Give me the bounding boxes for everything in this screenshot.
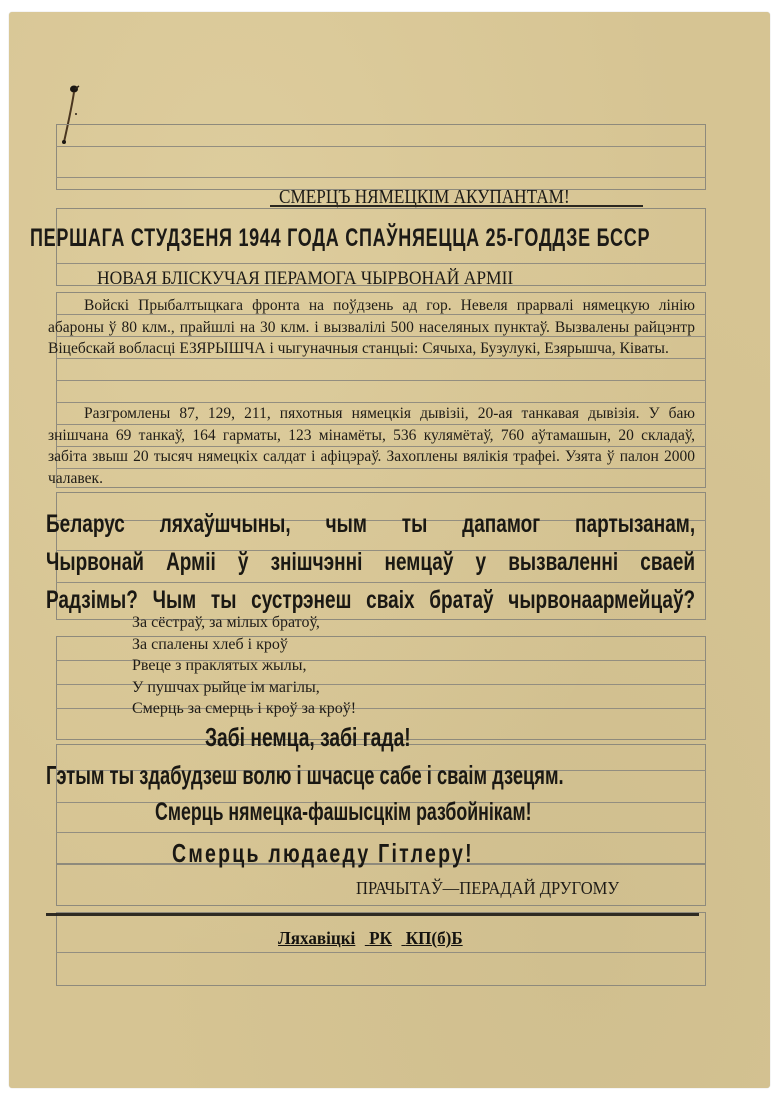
slogan-death-to-fascists: Смерць нямецка-фашысцкім разбойнікам! (155, 798, 532, 827)
appeal-block: Беларус ляхаўшчыны, чым ты дапамог парты… (46, 505, 698, 619)
thick-divider (46, 913, 699, 916)
slogan-freedom: Гэтым ты здабудзеш волю і шчасце сабе і … (46, 760, 564, 791)
subheadline: НОВАЯ БЛІСКУЧАЯ ПЕРАМОГА ЧЫРВОНАЙ АРМІІ (97, 268, 513, 290)
top-slogan-underline (270, 205, 643, 207)
ruled-line (56, 146, 706, 147)
signature-district: Ляхавіцкі (278, 928, 355, 948)
poem-line: За спалены хлеб і кроў (132, 634, 356, 656)
ruled-box (56, 912, 706, 986)
pass-on-note: ПРАЧЫТАЎ—ПЕРАДАЙ ДРУГОМУ (356, 878, 619, 899)
signature-party: КП(б)Б (406, 928, 463, 948)
ruled-line (56, 263, 706, 264)
ruled-line (56, 177, 706, 178)
ruled-box (56, 124, 706, 190)
poem-line: Рвеце з праклятых жылы, (132, 655, 356, 677)
ruled-line (56, 380, 706, 381)
body-paragraph-losses: Разгромлены 87, 129, 211, пяхотныя нямец… (48, 403, 695, 489)
appeal-line: Чырвонай Арміі ў знішчэнні немцаў у вызв… (46, 543, 695, 581)
poem-line: За сёстраў, за мілых братоў, (132, 612, 356, 634)
poem-line: У пушчах рыйце ім магілы, (132, 677, 356, 699)
ruled-line (56, 832, 706, 833)
signature: Ляхавіцкі РК КП(б)Б (278, 928, 472, 949)
slogan-kill-the-enemy: Забі немца, забі гада! (205, 722, 411, 753)
appeal-line: Беларус ляхаўшчыны, чым ты дапамог парты… (46, 505, 695, 543)
ruled-line (56, 952, 706, 953)
headline: ПЕРШАГА СТУДЗЕНЯ 1944 ГОДА СПАЎНЯЕЦЦА 25… (30, 224, 650, 253)
signature-rk: РК (369, 928, 392, 948)
poem-block: За сёстраў, за мілых братоў, За спалены … (132, 612, 356, 720)
slogan-death-to-hitler: Смерць людаеду Гітлеру! (172, 838, 474, 869)
body-paragraph-front-news: Войскі Прыбалтыцкага фронта на поўдзень … (48, 295, 695, 360)
poem-line: Смерць за смерць і кроў за кроў! (132, 698, 356, 720)
